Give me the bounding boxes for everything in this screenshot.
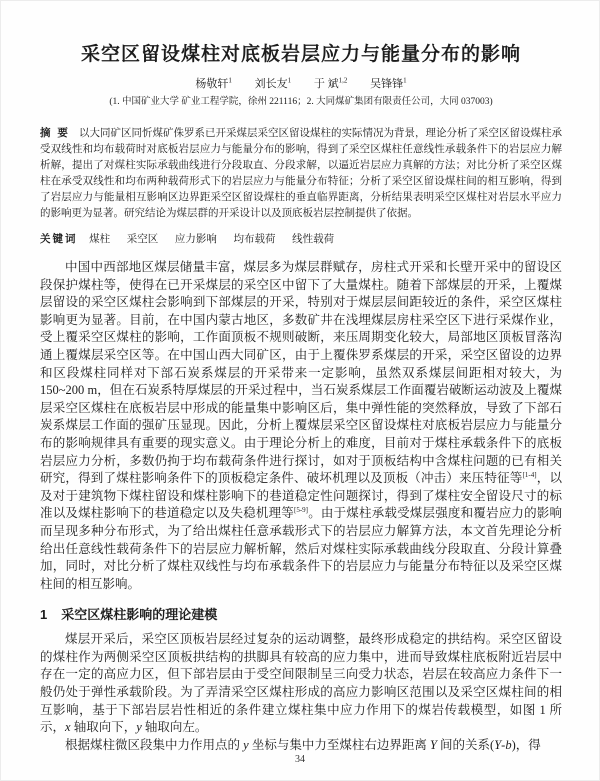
keyword: 煤柱	[89, 234, 110, 245]
author: 吴锋锋1	[370, 78, 407, 90]
author-affiliation-mark: 1	[288, 76, 292, 84]
affiliation-line: (1. 中国矿业大学 矿业工程学院，徐州 221116；2. 大同煤矿集团有限责…	[40, 96, 562, 109]
author-name: 吴锋锋	[370, 78, 403, 90]
section-1-paragraph-2: 根据煤柱微区段集中力作用点的 y 坐标与集中力至煤柱右边界距离 Y 间的关系(Y…	[40, 737, 562, 755]
author-name: 刘长友	[255, 78, 288, 90]
author-affiliation-mark: 1,2	[339, 76, 348, 84]
author: 刘长友1	[255, 78, 292, 90]
keyword: 应力影响	[175, 234, 217, 245]
section-1-heading: 1采空区煤柱影响的理论建模	[40, 605, 562, 625]
paper-title: 采空区留设煤柱对底板岩层应力与能量分布的影响	[40, 42, 562, 68]
section-1-paragraph-1: 煤层开采后，采空区顶板岩层经过复杂的运动调整，最终形成稳定的拱结构。采空区留设的…	[40, 631, 562, 737]
keywords-label: 关键词	[40, 233, 78, 245]
abstract-text: 以大同矿区同忻煤矿侏罗系已开采煤层采空区留设煤柱的实际情况为背景，理论分析了采空…	[40, 128, 562, 219]
abstract-paragraph: 摘 要以大同矿区同忻煤矿侏罗系已开采煤层采空区留设煤柱的实际情况为背景，理论分析…	[40, 125, 562, 222]
keyword: 线性载荷	[292, 234, 334, 245]
intro-paragraph: 中国中西部地区煤层储量丰富，煤层多为煤层群赋存，房柱式开采和长壁开采中的留设区段…	[40, 259, 562, 593]
page-content: 采空区留设煤柱对底板岩层应力与能量分布的影响 杨敬轩1 刘长友1 于 斌1,2 …	[0, 0, 600, 754]
author: 杨敬轩1	[195, 78, 232, 90]
author-affiliation-mark: 1	[228, 76, 232, 84]
author-name: 杨敬轩	[195, 78, 228, 90]
author: 于 斌1,2	[314, 78, 348, 90]
keywords-line: 关键词 煤柱 采空区 应力影响 均布载荷 线性载荷	[40, 232, 562, 247]
keyword: 均布载荷	[234, 234, 276, 245]
abstract-label: 摘 要	[40, 127, 70, 139]
section-number: 1	[40, 607, 47, 622]
author-affiliation-mark: 1	[403, 76, 407, 84]
section-title: 采空区煤柱影响的理论建模	[61, 607, 217, 622]
author-line: 杨敬轩1 刘长友1 于 斌1,2 吴锋锋1	[40, 77, 562, 91]
author-name: 于 斌	[314, 78, 339, 90]
keyword: 采空区	[127, 234, 159, 245]
page-number: 34	[0, 754, 600, 765]
paper-page: 采空区留设煤柱对底板岩层应力与能量分布的影响 杨敬轩1 刘长友1 于 斌1,2 …	[0, 0, 600, 781]
